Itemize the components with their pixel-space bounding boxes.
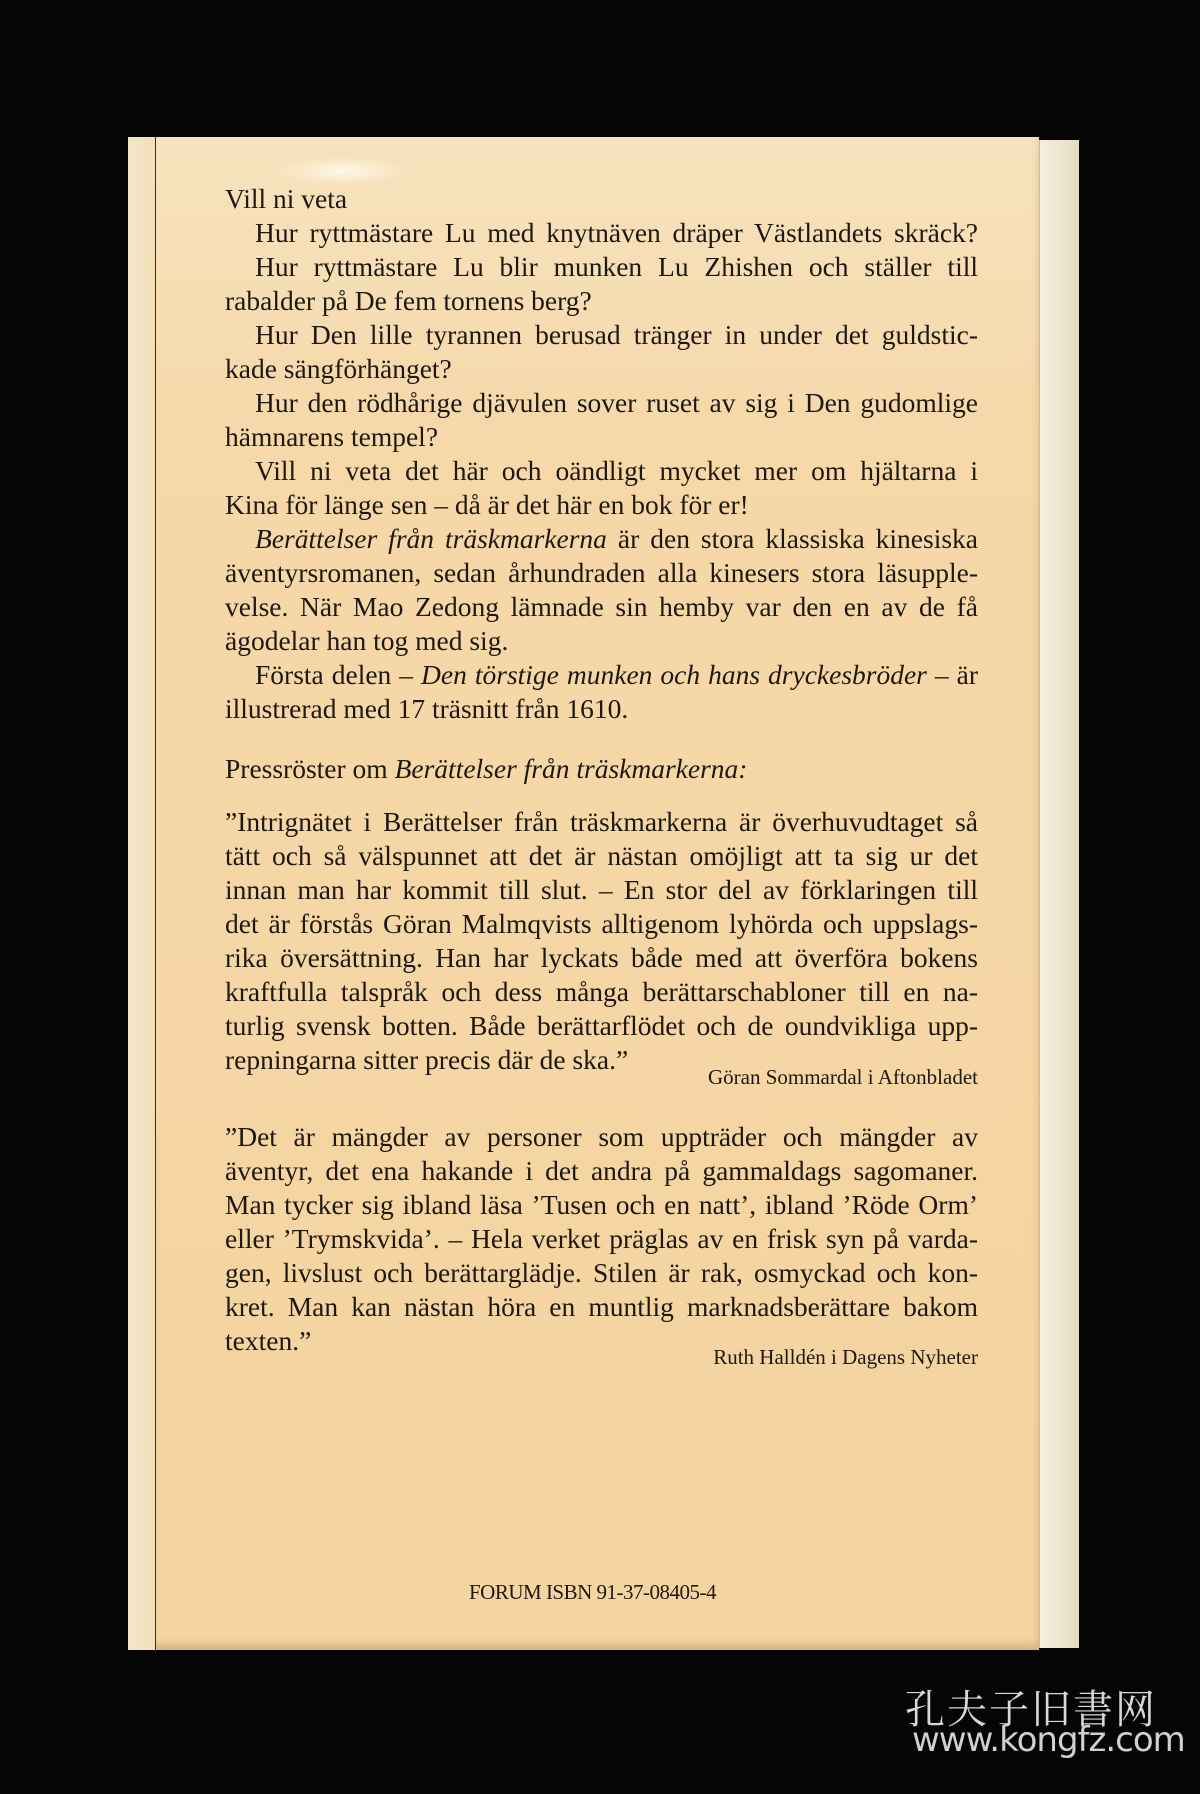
description-line: ägodelar han tog med sig. bbox=[225, 624, 978, 658]
intro-line: hämnarens tempel? bbox=[225, 420, 978, 454]
press-heading-prefix: Pressröster om bbox=[225, 753, 395, 784]
intro-line: Hur ryttmästare Lu med knytnäven dräper … bbox=[255, 216, 978, 250]
press-heading: Pressröster om Berättelser från träskmar… bbox=[225, 752, 978, 786]
quote-line: innan man har kommit till slut. – En sto… bbox=[225, 873, 978, 907]
description-line: Berättelser från träskmarkerna är den st… bbox=[255, 522, 978, 556]
quote-line: gen, livslust och berättarglädje. Stilen… bbox=[225, 1256, 978, 1290]
quote-line: eller ’Trymskvida’. – Hela verket prägla… bbox=[225, 1222, 978, 1256]
intro-line: Hur den rödhårige djävulen sover ruset a… bbox=[255, 386, 978, 420]
cover-crease bbox=[278, 157, 408, 185]
quote-line: tätt och så välspunnet att det är nästan… bbox=[225, 839, 978, 873]
intro-line: Hur Den lille tyrannen berusad tränger i… bbox=[255, 318, 978, 352]
quote-line: ”Intrignätet i Berättelser från träskmar… bbox=[225, 805, 978, 839]
quote-line: det är förstås Göran Malmqvists alltigen… bbox=[225, 907, 978, 941]
dust-jacket-flap bbox=[1039, 140, 1079, 1648]
intro-line: kade sängförhänget? bbox=[225, 352, 978, 386]
intro-line: rabalder på De fem tornens berg? bbox=[225, 284, 978, 318]
intro-line: Hur ryttmästare Lu blir munken Lu Zhishe… bbox=[255, 250, 978, 284]
quote-attribution: Ruth Halldén i Dagens Nyheter bbox=[713, 1345, 978, 1369]
book-title-italic: Berättelser från träskmarkerna bbox=[255, 523, 607, 554]
spine-fold-strip bbox=[128, 137, 156, 1650]
description-text: är den stora klassiska kinesiska bbox=[607, 523, 978, 554]
part-title-italic: Den törstige munken och hans dryckesbröd… bbox=[421, 659, 927, 690]
intro-line: Kina för länge sen – då är det här en bo… bbox=[225, 488, 978, 522]
quote-attribution: Göran Sommardal i Aftonbladet bbox=[708, 1065, 978, 1089]
part-line: Första delen – Den törstige munken och h… bbox=[255, 658, 978, 692]
quote-line: rika översättning. Han har lyckats både … bbox=[225, 941, 978, 975]
watermark-url: www.kongfz.com bbox=[912, 1720, 1185, 1760]
press-heading-title: Berättelser från träskmarkerna: bbox=[395, 753, 748, 784]
intro-line: Vill ni veta det här och oändligt mycket… bbox=[255, 454, 978, 488]
part-suffix: – är bbox=[927, 659, 978, 690]
quote-line: äventyr, det ena hakande i det andra på … bbox=[225, 1154, 978, 1188]
quote-line: kraftfulla talspråk och dess många berät… bbox=[225, 975, 978, 1009]
quote-line: Man tycker sig ibland läsa ’Tusen och en… bbox=[225, 1188, 978, 1222]
quote-line: ”Det är mängder av personer som uppträde… bbox=[225, 1120, 978, 1154]
description-line: äventyrsromanen, sedan århundraden alla … bbox=[225, 556, 978, 590]
part-prefix: Första delen – bbox=[255, 659, 421, 690]
description-line: velse. När Mao Zedong lämnade sin hemby … bbox=[225, 590, 978, 624]
part-line: illustrerad med 17 träsnitt från 1610. bbox=[225, 692, 978, 726]
intro-line: Vill ni veta bbox=[225, 182, 978, 216]
isbn-line: FORUM ISBN 91-37-08405-4 bbox=[469, 1580, 716, 1605]
quote-line: kret. Man kan nästan höra en muntlig mar… bbox=[225, 1290, 978, 1324]
quote-line: turlig svensk botten. Både berättarflöde… bbox=[225, 1009, 978, 1043]
